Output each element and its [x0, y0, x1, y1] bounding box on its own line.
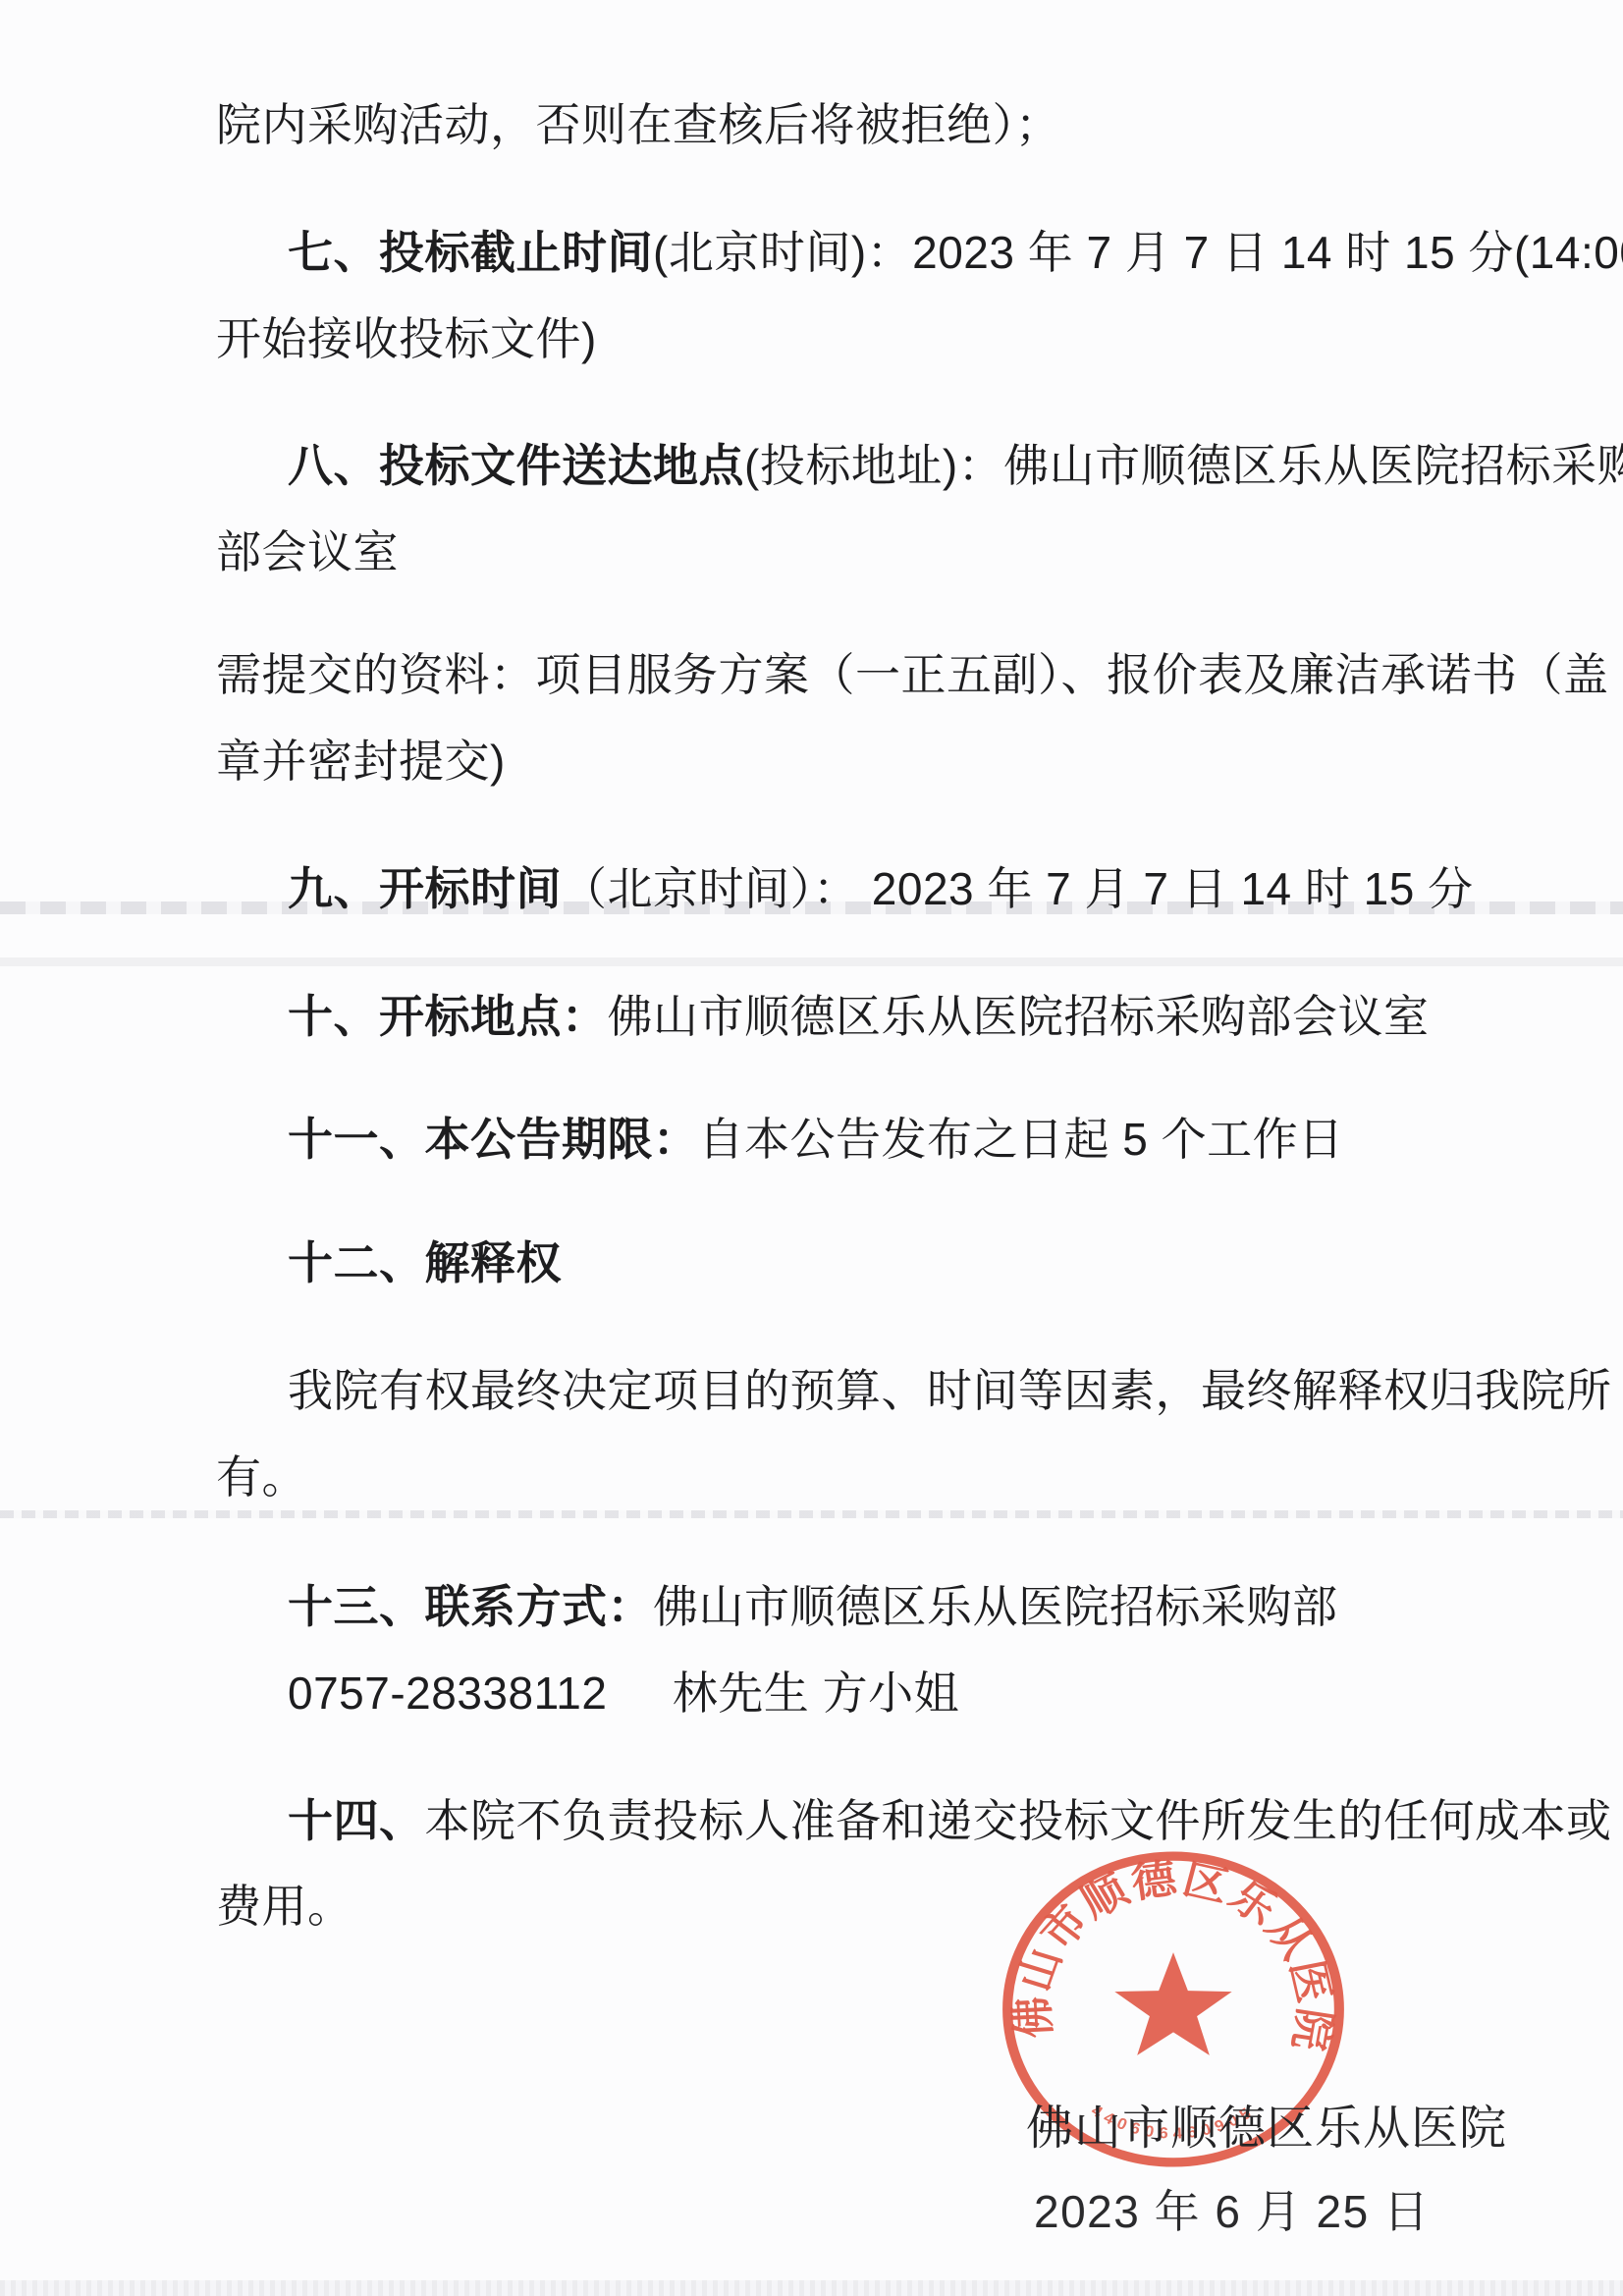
line-heading: 十三、联系方式： [288, 1581, 653, 1632]
line-text: 费用。 [216, 1881, 353, 1932]
line-text: 0757-28338112 林先生 方小姐 [288, 1667, 959, 1719]
document-line: 十四、本院不负责投标人准备和递交投标文件所发生的任何成本或 [288, 1797, 1612, 1844]
line-text: 我院有权最终决定项目的预算、时间等因素，最终解释权归我院所 [288, 1365, 1612, 1416]
line-heading: 八、投标文件送达地点 [288, 440, 744, 491]
signature-text: 佛山市顺德区乐从医院 [1026, 2090, 1507, 2158]
line-text: (北京时间)：2023 年 7 月 7 日 14 时 15 分(14:00 [653, 227, 1623, 278]
page-bottom-scan-edge [0, 2280, 1623, 2296]
line-text: 部会议室 [216, 526, 399, 577]
line-text: 需提交的资料：项目服务方案（一正五副）、报价表及廉洁承诺书（盖 [216, 649, 1609, 700]
line-heading: 十二、解释权 [288, 1237, 562, 1288]
line-text: 佛山市顺德区乐从医院招标采购部会议室 [608, 991, 1430, 1042]
document-line: 我院有权最终决定项目的预算、时间等因素，最终解释权归我院所 [288, 1367, 1612, 1414]
document-page: 院内采购活动，否则在查核后将被拒绝）； 七、投标截止时间(北京时间)：2023 … [0, 0, 1623, 2296]
document-line: 十一、本公告期限：自本公告发布之日起 5 个工作日 [288, 1116, 1344, 1163]
scan-artifact-band [0, 1510, 1623, 1518]
line-text: 章并密封提交) [216, 736, 506, 787]
document-line: 章并密封提交) [216, 738, 506, 785]
document-line: 部会议室 [216, 528, 399, 575]
document-line: 开始接收投标文件) [216, 315, 597, 362]
line-heading: 九、开标时间 [288, 863, 562, 914]
document-line: 十二、解释权 [288, 1239, 562, 1286]
signature-date: 2023 年 6 月 25 日 [1034, 2176, 1430, 2241]
line-heading: 十一、本公告期限： [288, 1114, 699, 1165]
line-heading: 七、投标截止时间 [288, 227, 653, 278]
line-text: 院内采购活动，否则在查核后将被拒绝）； [216, 99, 1061, 150]
document-line: 0757-28338112 林先生 方小姐 [288, 1669, 959, 1717]
document-line: 院内采购活动，否则在查核后将被拒绝）； [216, 101, 1061, 148]
line-heading: 十、开标地点： [288, 991, 608, 1042]
document-line: 十三、联系方式：佛山市顺德区乐从医院招标采购部 [288, 1583, 1338, 1630]
line-text: 本院不负责投标人准备和递交投标文件所发生的任何成本或 [425, 1795, 1612, 1846]
line-text: 开始接收投标文件) [216, 313, 597, 364]
stamp-star-icon [1114, 1952, 1231, 2055]
scan-artifact-band [0, 957, 1623, 966]
line-text: (投标地址)：佛山市顺德区乐从医院招标采购 [744, 440, 1623, 491]
document-line: 有。 [216, 1453, 307, 1501]
line-text: （北京时间）： 2023 年 7 月 7 日 14 时 15 分 [562, 863, 1474, 914]
document-line: 八、投标文件送达地点(投标地址)：佛山市顺德区乐从医院招标采购 [288, 442, 1623, 489]
document-line: 七、投标截止时间(北京时间)：2023 年 7 月 7 日 14 时 15 分(… [288, 229, 1623, 276]
line-text: 有。 [216, 1451, 307, 1503]
document-line: 十、开标地点：佛山市顺德区乐从医院招标采购部会议室 [288, 993, 1430, 1040]
line-heading: 十四、 [288, 1795, 425, 1846]
document-line: 需提交的资料：项目服务方案（一正五副）、报价表及廉洁承诺书（盖 [216, 651, 1609, 698]
document-line: 费用。 [216, 1883, 353, 1930]
document-line: 九、开标时间（北京时间）： 2023 年 7 月 7 日 14 时 15 分 [288, 865, 1474, 912]
line-text: 佛山市顺德区乐从医院招标采购部 [653, 1581, 1338, 1632]
line-text: 自本公告发布之日起 5 个工作日 [699, 1114, 1344, 1165]
